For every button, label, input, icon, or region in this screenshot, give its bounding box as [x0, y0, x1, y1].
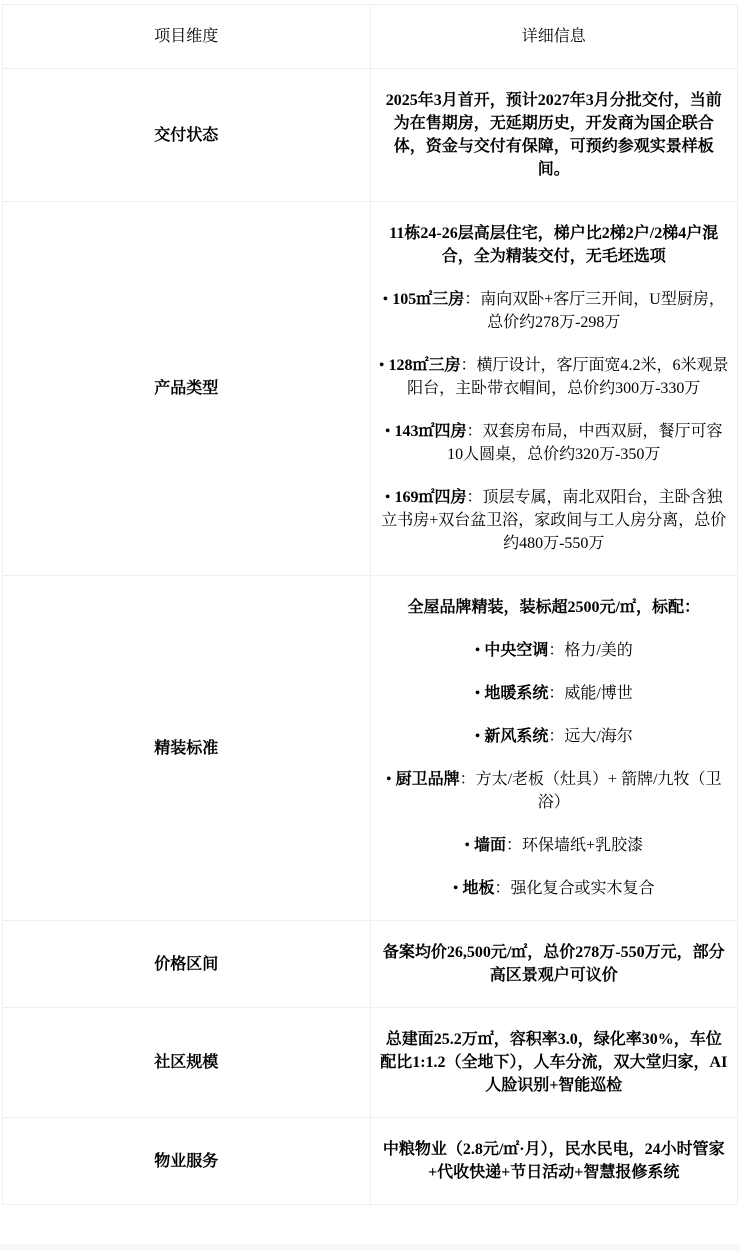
detail-bullet-item: • 新风系统：远大/海尔 — [379, 725, 730, 748]
detail-cell: 2025年3月首开，预计2027年3月分批交付，当前为在售期房，无延期历史，开发… — [370, 69, 738, 202]
detail-text: ：双套房布局，中西双厨，餐厅可容10人圆桌，总价约320万-350万 — [447, 423, 722, 463]
detail-text-bold: 总建面25.2万㎡，容积率3.0，绿化率30%，车位配比1:1.2（全地下），人… — [380, 1031, 727, 1094]
detail-bullet-item: • 143㎡四房：双套房布局，中西双厨，餐厅可容10人圆桌，总价约320万-35… — [379, 420, 730, 466]
detail-text: ：方太/老板（灶具）+ 箭牌/九牧（卫浴） — [460, 771, 722, 811]
detail-text-bold: 中粮物业（2.8元/㎡·月），民水民电，24小时管家+代收快递+节日活动+智慧报… — [383, 1141, 725, 1181]
detail-cell: 全屋品牌精装，装标超2500元/㎡，标配：• 中央空调：格力/美的• 地暖系统：… — [370, 576, 738, 921]
bullet-icon: • — [385, 423, 395, 440]
page: 项目维度 详细信息 交付状态2025年3月首开，预计2027年3月分批交付，当前… — [0, 0, 740, 1250]
detail-text-bold: 11栋24-26层高层住宅，梯户比2梯2户/2梯4户混合，全为精装交付，无毛坯选… — [389, 225, 718, 265]
dimension-cell: 物业服务 — [3, 1118, 371, 1205]
detail-text-bold: 143㎡四房 — [395, 423, 467, 440]
table-header: 项目维度 详细信息 — [3, 5, 738, 69]
detail-text-bold: 地暖系统 — [484, 685, 548, 702]
table-row: 交付状态2025年3月首开，预计2027年3月分批交付，当前为在售期房，无延期历… — [3, 69, 738, 202]
detail-cell: 备案均价26,500元/㎡，总价278万-550万元，部分高区景观户可议价 — [370, 921, 738, 1008]
bullet-icon: • — [385, 489, 395, 506]
detail-cell: 总建面25.2万㎡，容积率3.0，绿化率30%，车位配比1:1.2（全地下），人… — [370, 1008, 738, 1118]
table-row: 社区规模总建面25.2万㎡，容积率3.0，绿化率30%，车位配比1:1.2（全地… — [3, 1008, 738, 1118]
detail-text: ：环保墙纸+乳胶漆 — [506, 837, 643, 854]
dimension-cell: 精装标准 — [3, 576, 371, 921]
bullet-icon: • — [464, 837, 474, 854]
detail-cell: 11栋24-26层高层住宅，梯户比2梯2户/2梯4户混合，全为精装交付，无毛坯选… — [370, 202, 738, 576]
detail-paragraph: 2025年3月首开，预计2027年3月分批交付，当前为在售期房，无延期历史，开发… — [379, 89, 730, 181]
detail-text-bold: 105㎡三房 — [392, 291, 464, 308]
bullet-icon: • — [475, 642, 485, 659]
detail-text-bold: 新风系统 — [484, 728, 548, 745]
detail-bullet-item: • 地板：强化复合或实木复合 — [379, 877, 730, 900]
detail-cell: 中粮物业（2.8元/㎡·月），民水民电，24小时管家+代收快递+节日活动+智慧报… — [370, 1118, 738, 1205]
detail-text: ：强化复合或实木复合 — [495, 880, 655, 897]
dimension-cell: 产品类型 — [3, 202, 371, 576]
bullet-icon: • — [475, 728, 485, 745]
detail-text-bold: 169㎡四房 — [395, 489, 467, 506]
detail-text: ：南向双卧+客厅三开间，U型厨房，总价约278万-298万 — [464, 291, 725, 331]
detail-paragraph: 总建面25.2万㎡，容积率3.0，绿化率30%，车位配比1:1.2（全地下），人… — [379, 1028, 730, 1097]
detail-text-bold: 中央空调 — [484, 642, 548, 659]
detail-bullet-item: • 105㎡三房：南向双卧+客厅三开间，U型厨房，总价约278万-298万 — [379, 288, 730, 334]
table-row: 物业服务中粮物业（2.8元/㎡·月），民水民电，24小时管家+代收快递+节日活动… — [3, 1118, 738, 1205]
detail-paragraph: 全屋品牌精装，装标超2500元/㎡，标配： — [379, 596, 730, 619]
dimension-cell: 社区规模 — [3, 1008, 371, 1118]
detail-text-bold: 备案均价26,500元/㎡，总价278万-550万元，部分高区景观户可议价 — [383, 944, 725, 984]
detail-text-bold: 全屋品牌精装，装标超2500元/㎡，标配： — [408, 599, 700, 616]
detail-text-bold: 厨卫品牌 — [396, 771, 460, 788]
detail-bullet-item: • 128㎡三房：横厅设计，客厅面宽4.2米，6米观景阳台，主卧带衣帽间，总价约… — [379, 354, 730, 400]
detail-text-bold: 2025年3月首开，预计2027年3月分批交付，当前为在售期房，无延期历史，开发… — [386, 92, 722, 178]
detail-text: ：远大/海尔 — [548, 728, 632, 745]
detail-bullet-item: • 中央空调：格力/美的 — [379, 639, 730, 662]
detail-text-bold: 墙面 — [474, 837, 506, 854]
detail-bullet-item: • 厨卫品牌：方太/老板（灶具）+ 箭牌/九牧（卫浴） — [379, 768, 730, 814]
detail-paragraph: 11栋24-26层高层住宅，梯户比2梯2户/2梯4户混合，全为精装交付，无毛坯选… — [379, 222, 730, 268]
bullet-icon: • — [453, 880, 463, 897]
page-background-strip — [0, 1244, 740, 1250]
table-row: 产品类型11栋24-26层高层住宅，梯户比2梯2户/2梯4户混合，全为精装交付，… — [3, 202, 738, 576]
table-body: 交付状态2025年3月首开，预计2027年3月分批交付，当前为在售期房，无延期历… — [3, 69, 738, 1205]
bullet-icon: • — [475, 685, 485, 702]
property-info-table: 项目维度 详细信息 交付状态2025年3月首开，预计2027年3月分批交付，当前… — [2, 4, 738, 1205]
header-row: 项目维度 详细信息 — [3, 5, 738, 69]
dimension-cell: 交付状态 — [3, 69, 371, 202]
dimension-cell: 价格区间 — [3, 921, 371, 1008]
detail-bullet-item: • 地暖系统：威能/博世 — [379, 682, 730, 705]
column-header-details: 详细信息 — [370, 5, 738, 69]
bullet-icon: • — [383, 291, 393, 308]
column-header-dimension: 项目维度 — [3, 5, 371, 69]
bullet-icon: • — [386, 771, 396, 788]
detail-text: ：格力/美的 — [548, 642, 632, 659]
table-row: 价格区间备案均价26,500元/㎡，总价278万-550万元，部分高区景观户可议… — [3, 921, 738, 1008]
detail-paragraph: 中粮物业（2.8元/㎡·月），民水民电，24小时管家+代收快递+节日活动+智慧报… — [379, 1138, 730, 1184]
table-row: 精装标准全屋品牌精装，装标超2500元/㎡，标配：• 中央空调：格力/美的• 地… — [3, 576, 738, 921]
detail-bullet-item: • 169㎡四房：顶层专属，南北双阳台，主卧含独立书房+双台盆卫浴，家政间与工人… — [379, 486, 730, 555]
detail-text: ：威能/博世 — [548, 685, 632, 702]
detail-bullet-item: • 墙面：环保墙纸+乳胶漆 — [379, 834, 730, 857]
detail-text-bold: 128㎡三房 — [389, 357, 461, 374]
detail-text-bold: 地板 — [463, 880, 495, 897]
bullet-icon: • — [379, 357, 389, 374]
detail-paragraph: 备案均价26,500元/㎡，总价278万-550万元，部分高区景观户可议价 — [379, 941, 730, 987]
